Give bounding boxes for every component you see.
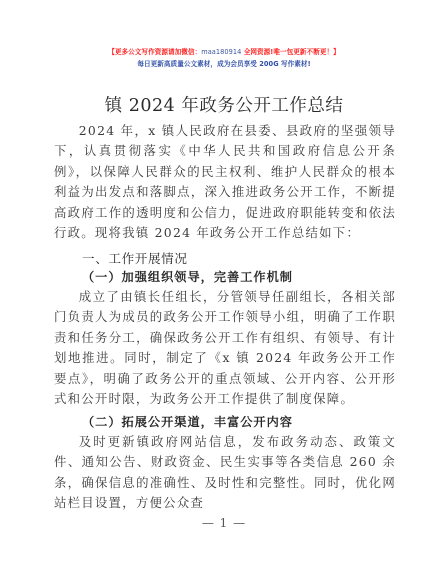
document-page: 【更多公文写作资源请加微信：maa180914 全网资源!唯一包更新不断更！】 … bbox=[0, 0, 448, 580]
promo-banner: 【更多公文写作资源请加微信：maa180914 全网资源!唯一包更新不断更！】 … bbox=[0, 46, 448, 70]
intro-paragraph: 2024 年，x 镇人民政府在县委、县政府的坚强领导下，认真贯彻落实《中华人民共… bbox=[54, 121, 396, 243]
promo-line-1-suffix: 全网资源!唯一包更新不断更！】 bbox=[241, 48, 339, 56]
page-number: — 1 — bbox=[0, 516, 448, 530]
subsection-2-paragraph: 及时更新镇政府网站信息，发布政务动态、政策文件、通知公告、财政资金、民生实事等各… bbox=[54, 432, 396, 514]
subsection-1-block: 成立了由镇长任组长，分管领导任副组长，各相关部门负责人为成员的政务公开工作领导小… bbox=[54, 287, 396, 409]
promo-line-1: 【更多公文写作资源请加微信：maa180914 全网资源!唯一包更新不断更！】 bbox=[0, 46, 448, 58]
subsection-heading-2: （二）拓展公开渠道，丰富公开内容 bbox=[82, 413, 293, 430]
subsection-1-paragraph: 成立了由镇长任组长，分管领导任副组长，各相关部门负责人为成员的政务公开工作领导小… bbox=[54, 287, 396, 409]
promo-line-1-prefix: 【更多公文写作资源请加微信： bbox=[108, 48, 201, 56]
wechat-id: maa180914 bbox=[201, 48, 241, 56]
promo-line-2: 每日更新高质量公文素材，成为会员享受 200G 写作素材! bbox=[0, 58, 448, 70]
subsection-heading-1: （一）加强组织领导，完善工作机制 bbox=[82, 268, 293, 285]
subsection-2-block: 及时更新镇政府网站信息，发布政务动态、政策文件、通知公告、财政资金、民生实事等各… bbox=[54, 432, 396, 514]
section-heading-1: 一、工作开展情况 bbox=[82, 248, 188, 267]
document-title: 镇 2024 年政务公开工作总结 bbox=[0, 92, 448, 117]
intro-paragraph-block: 2024 年，x 镇人民政府在县委、县政府的坚强领导下，认真贯彻落实《中华人民共… bbox=[54, 121, 396, 243]
